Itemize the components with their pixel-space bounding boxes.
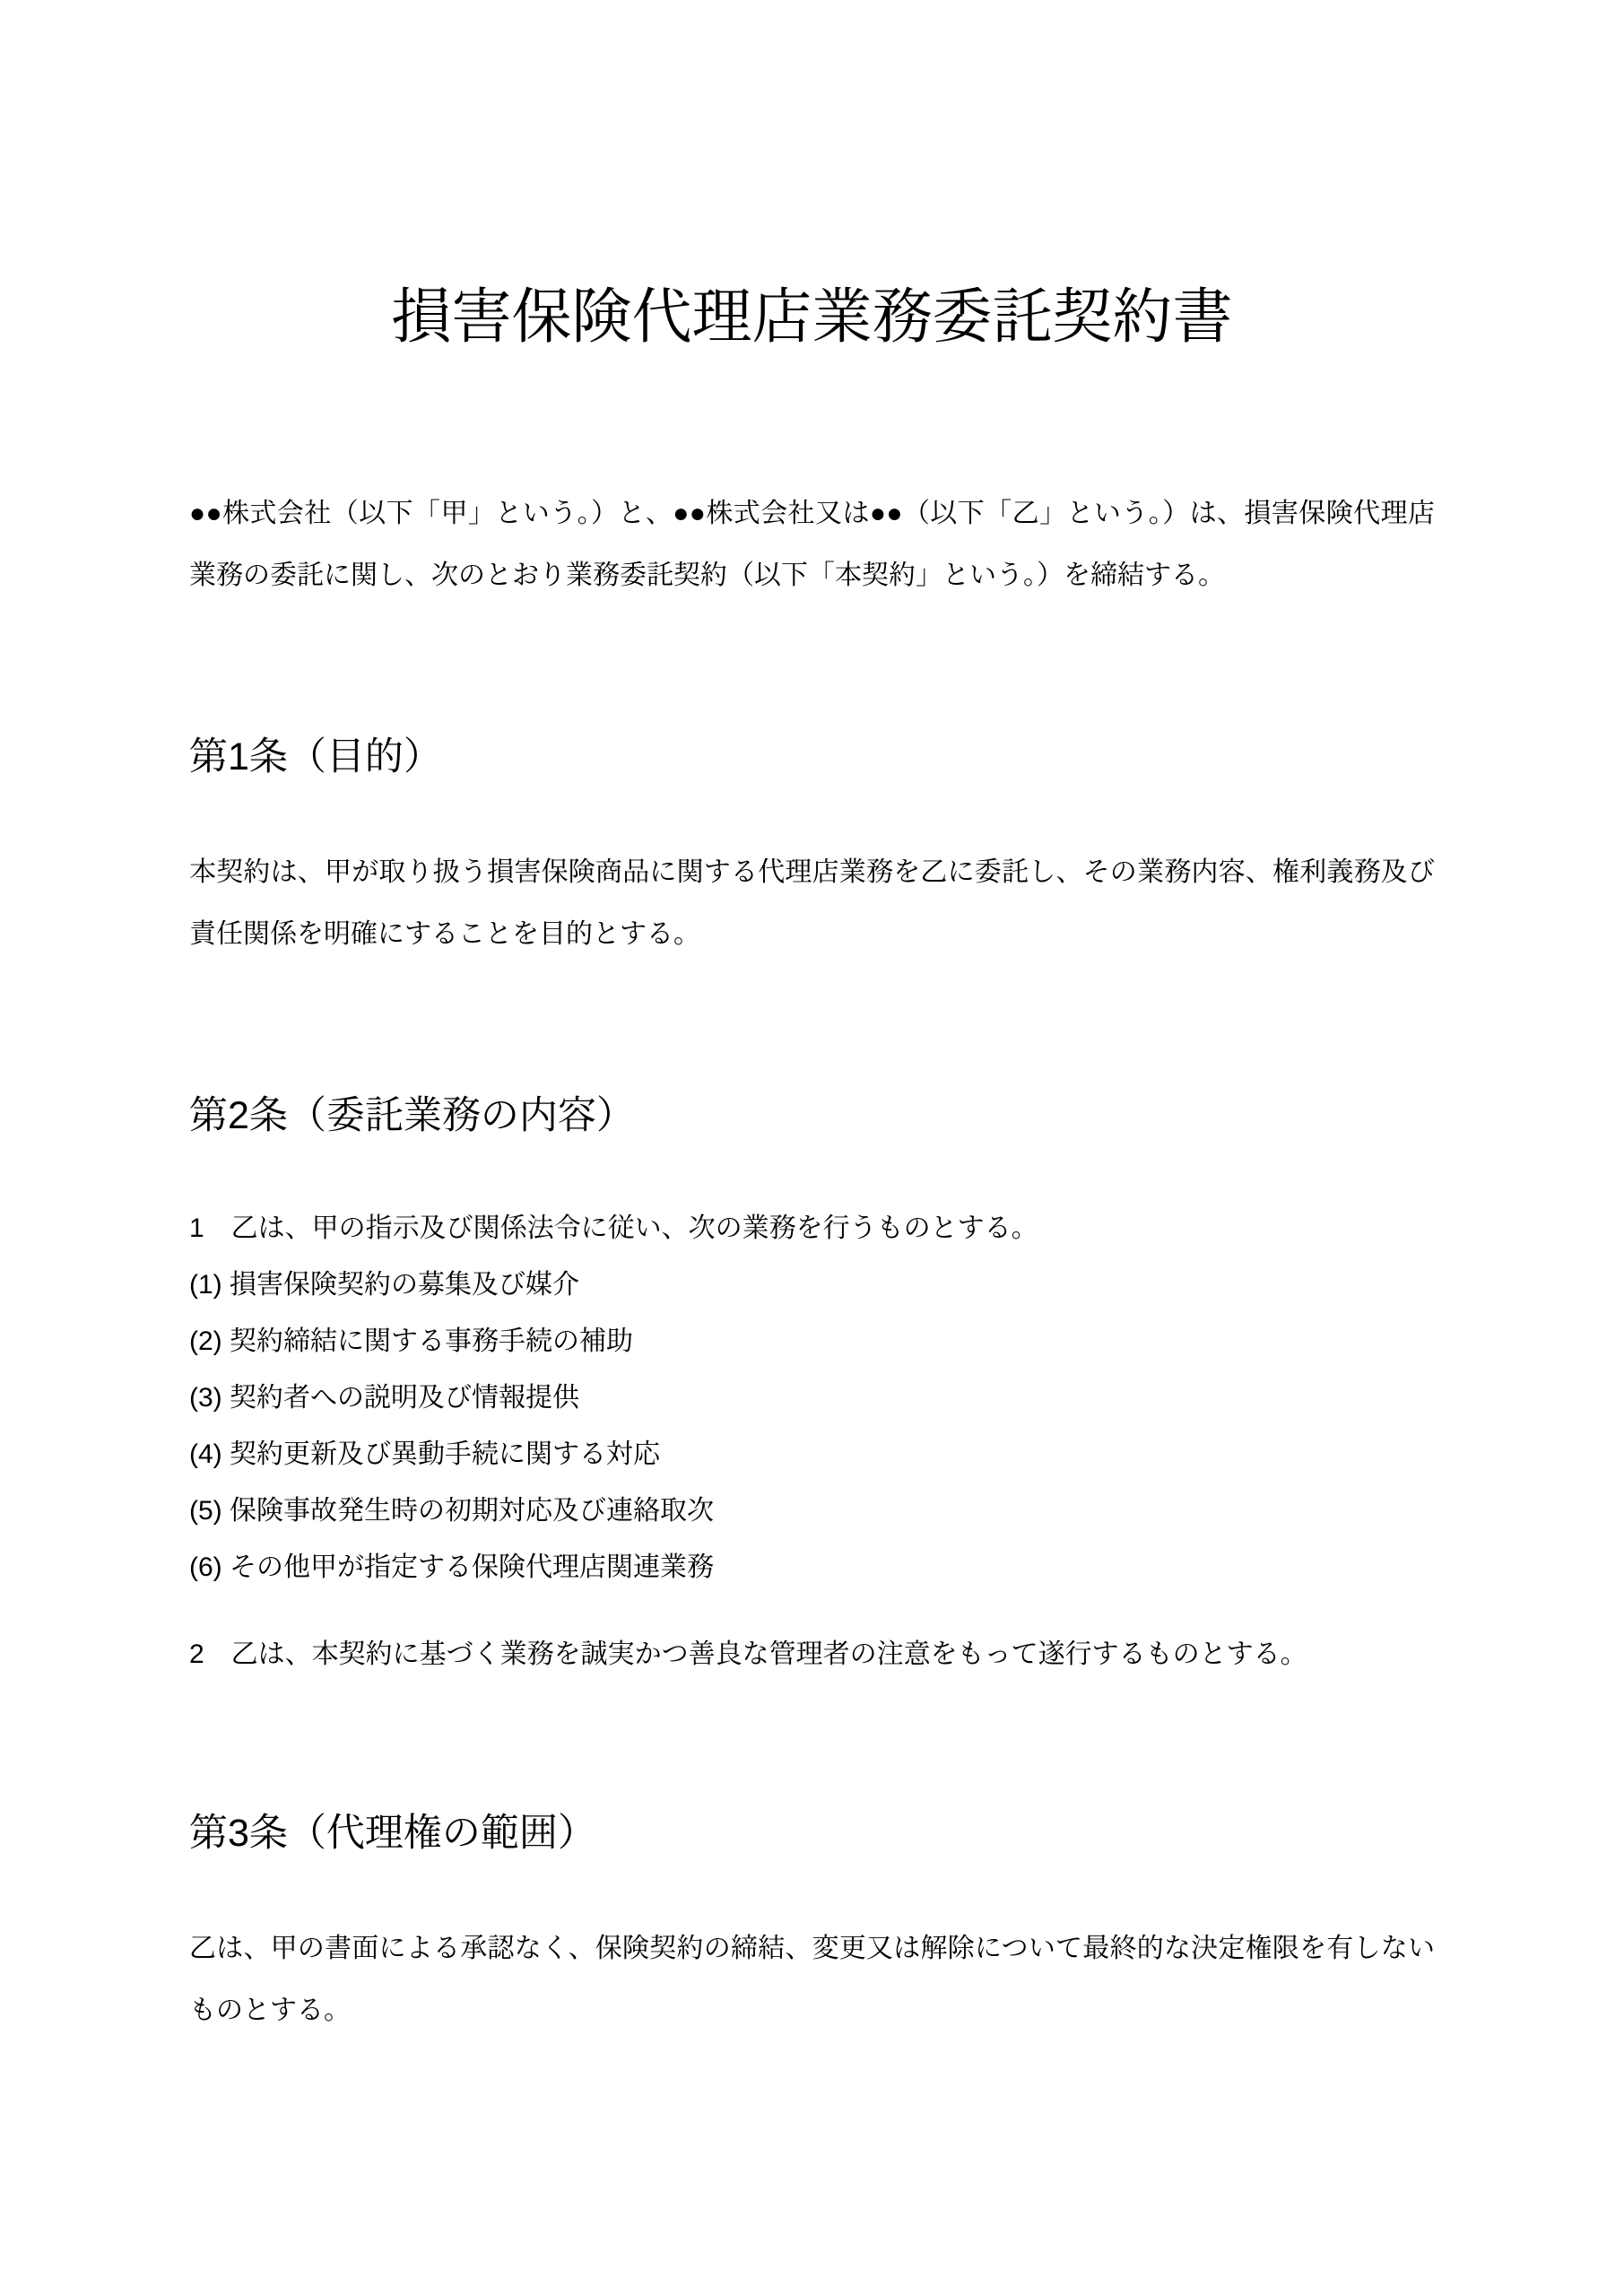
document-title: 損害保険代理店業務委託契約書 bbox=[189, 280, 1435, 355]
article-1-heading: 第1条（目的） bbox=[189, 729, 1435, 785]
article-2-list-item-6: (6) その他甲が指定する保険代理店関連業務 bbox=[189, 1539, 1435, 1596]
article-3-section: 第3条（代理権の範囲） 乙は、甲の書面による承認なく、保険契約の締結、変更又は解… bbox=[189, 1805, 1435, 2041]
article-3-paragraph: 乙は、甲の書面による承認なく、保険契約の締結、変更又は解除について最終的な決定権… bbox=[189, 1918, 1435, 2041]
article-3-heading: 第3条（代理権の範囲） bbox=[189, 1805, 1435, 1861]
article-1-section: 第1条（目的） 本契約は、甲が取り扱う損害保険商品に関する代理店業務を乙に委託し… bbox=[189, 729, 1435, 965]
article-2-list-item-1: (1) 損害保険契約の募集及び媒介 bbox=[189, 1257, 1435, 1313]
article-2-list-item-2: (2) 契約締結に関する事務手続の補助 bbox=[189, 1313, 1435, 1370]
contract-document-page: 損害保険代理店業務委託契約書 ●●株式会社（以下「甲」という。）と、●●株式会社… bbox=[0, 0, 1624, 2296]
article-2-list-item-5: (5) 保険事故発生時の初期対応及び連絡取次 bbox=[189, 1483, 1435, 1539]
article-2-section: 第2条（委託業務の内容） 1 乙は、甲の指示及び関係法令に従い、次の業務を行うも… bbox=[189, 1088, 1435, 1683]
article-2-list-item-4: (4) 契約更新及び異動手続に関する対応 bbox=[189, 1426, 1435, 1483]
article-1-paragraph: 本契約は、甲が取り扱う損害保険商品に関する代理店業務を乙に委託し、その業務内容、… bbox=[189, 841, 1435, 965]
article-2-heading: 第2条（委託業務の内容） bbox=[189, 1088, 1435, 1144]
preamble-paragraph: ●●株式会社（以下「甲」という。）と、●●株式会社又は●●（以下「乙」という。）… bbox=[189, 483, 1435, 606]
article-2-clause-2: 2 乙は、本契約に基づく業務を誠実かつ善良な管理者の注意をもって遂行するものとす… bbox=[189, 1626, 1435, 1683]
article-2-clause-1: 1 乙は、甲の指示及び関係法令に従い、次の業務を行うものとする。 bbox=[189, 1200, 1435, 1257]
article-2-list-item-3: (3) 契約者への説明及び情報提供 bbox=[189, 1370, 1435, 1426]
